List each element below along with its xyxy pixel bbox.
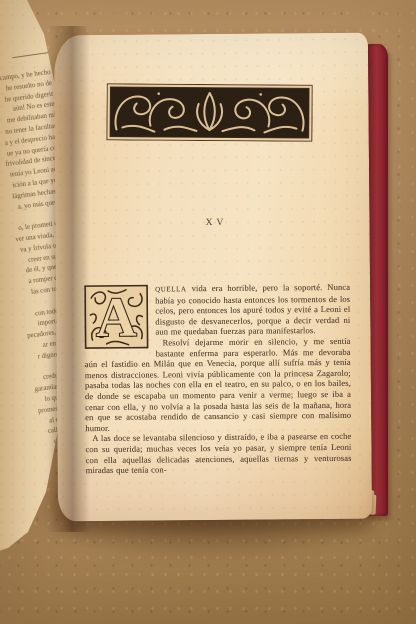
paragraph-3: A las doce se levantaba silencioso y dis… xyxy=(85,431,351,476)
ornament-band xyxy=(106,83,312,141)
drop-cap-letter: A xyxy=(96,287,138,349)
chapter-heading: XV xyxy=(83,217,349,229)
drop-cap-initial: A xyxy=(84,285,149,350)
paragraph-1: A QUELLA vida era horrible, pero la sopo… xyxy=(84,282,350,338)
page-text: A QUELLA vida era horrible, pero la sopo… xyxy=(84,282,352,476)
right-page: XV xyxy=(54,33,372,522)
paragraph-2: Resolví dejarme morir en silencio, y me … xyxy=(85,336,352,434)
photo-of-open-book: campo, y he hechohe resuelto no dehe que… xyxy=(0,0,416,624)
lead-word: QUELLA xyxy=(155,285,187,293)
